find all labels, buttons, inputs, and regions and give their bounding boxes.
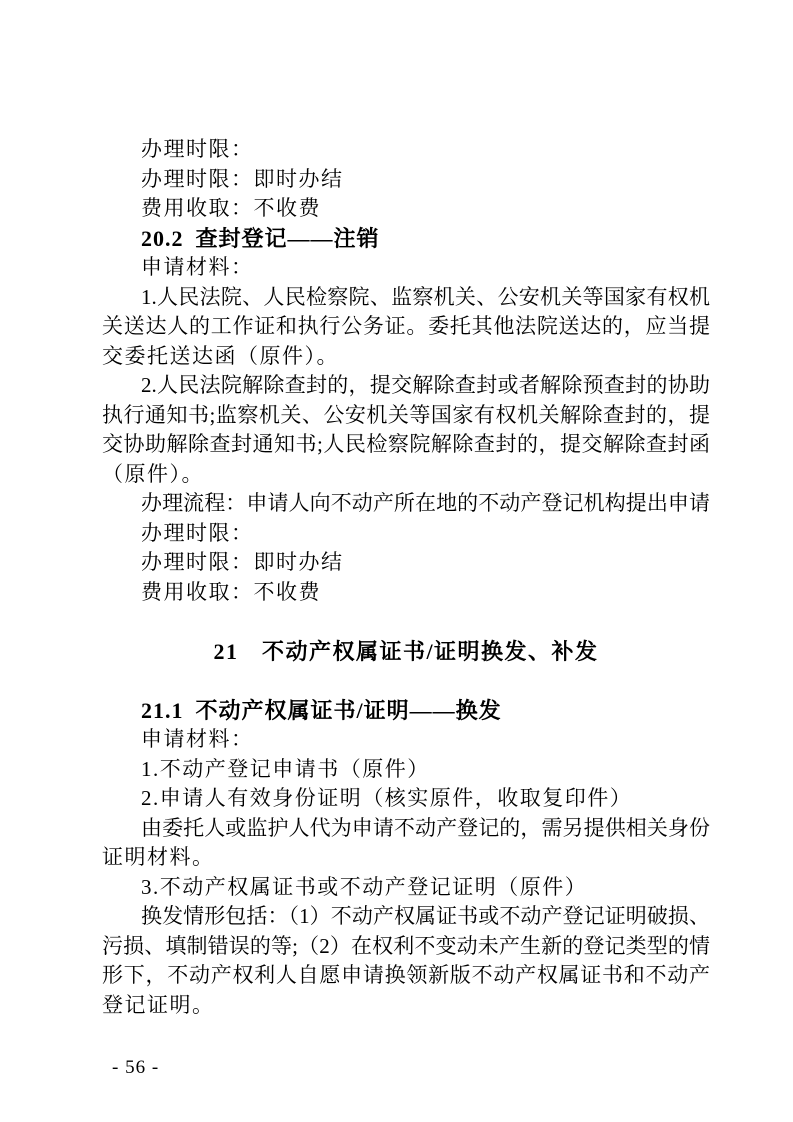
text-line: 证明材料。 (102, 843, 710, 873)
blank-line (102, 607, 710, 637)
chapter-21-title: 21 不动产权属证书/证明换发、补发 (102, 637, 710, 667)
section-20-2-heading: 20.2 查封登记——注销 (102, 224, 710, 254)
text-line: 形下，不动产权利人自愿申请换领新版不动产权属证书和不动产 (102, 961, 710, 991)
text-line: 办理时限：即时办结 (102, 548, 710, 578)
text-line: 3.不动产权属证书或不动产登记证明（原件） (102, 873, 710, 903)
text-line: 1.不动产登记申请书（原件） (102, 755, 710, 785)
text-line: 执行通知书;监察机关、公安机关等国家有权机关解除查封的，提 (102, 401, 710, 431)
text-line: 费用收取：不收费 (102, 194, 710, 224)
text-line: 申请材料： (102, 725, 710, 755)
text-line: 办理时限： (102, 135, 710, 165)
document-body: 办理时限： 办理时限：即时办结 费用收取：不收费 20.2 查封登记——注销 申… (102, 135, 710, 1020)
text-line: 污损、填制错误的等;（2）在权利不变动未产生新的登记类型的情 (102, 932, 710, 962)
text-line: 办理时限： (102, 519, 710, 549)
text-line: 办理流程：申请人向不动产所在地的不动产登记机构提出申请 (102, 489, 710, 519)
blank-line (102, 666, 710, 696)
text-line: 登记证明。 (102, 991, 710, 1021)
text-line: 交协助解除查封通知书;人民检察院解除查封的，提交解除查封函 (102, 430, 710, 460)
document-page: 办理时限： 办理时限：即时办结 费用收取：不收费 20.2 查封登记——注销 申… (0, 0, 793, 1122)
text-line: 2.人民法院解除查封的，提交解除查封或者解除预查封的协助 (102, 371, 710, 401)
text-line: 1.人民法院、人民检察院、监察机关、公安机关等国家有权机 (102, 283, 710, 313)
text-line: 费用收取：不收费 (102, 578, 710, 608)
section-21-1-heading: 21.1 不动产权属证书/证明——换发 (102, 696, 710, 726)
text-line: 关送达人的工作证和执行公务证。委托其他法院送达的，应当提 (102, 312, 710, 342)
text-line: 办理时限：即时办结 (102, 165, 710, 195)
text-line: 申请材料： (102, 253, 710, 283)
text-line: （原件）。 (102, 460, 710, 490)
page-number: - 56 - (112, 1056, 159, 1080)
text-line: 2.申请人有效身份证明（核实原件，收取复印件） (102, 784, 710, 814)
text-line: 由委托人或监护人代为申请不动产登记的，需另提供相关身份 (102, 814, 710, 844)
text-line: 交委托送达函（原件）。 (102, 342, 710, 372)
text-line: 换发情形包括：（1）不动产权属证书或不动产登记证明破损、 (102, 902, 710, 932)
